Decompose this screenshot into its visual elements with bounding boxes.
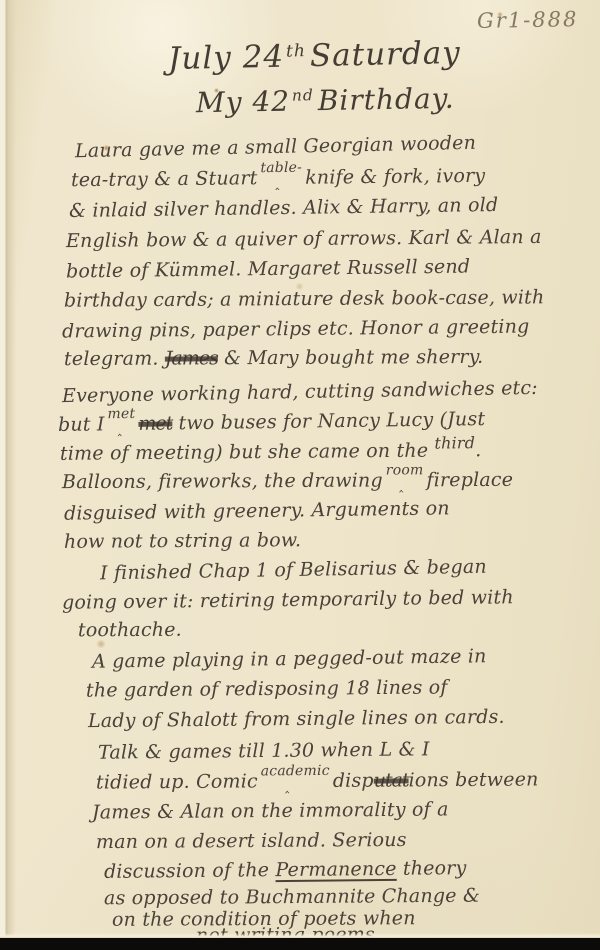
entry-date-heading: July 24thSaturday xyxy=(168,35,461,77)
date-ordinal: th xyxy=(286,41,306,61)
manuscript-line: & inlaid silver handles. Alix & Harry, a… xyxy=(69,194,499,222)
manuscript-line: man on a desert island. Serious xyxy=(96,829,407,853)
text-run: English bow & a quiver of arrows. Karl &… xyxy=(66,226,542,252)
manuscript-line: as opposed to Buchmannite Change & xyxy=(104,885,480,910)
manuscript-line: going over it: retiring temporarily to b… xyxy=(62,586,514,614)
text-run: & Mary bought me sherry. xyxy=(218,346,484,369)
manuscript-page: Gr1-888 July 24thSaturday My 42ndBirthda… xyxy=(0,0,600,938)
text-run: tidied up. Comic xyxy=(96,770,258,793)
text-insert: table- xyxy=(260,160,302,176)
manuscript-line: how not to string a bow. xyxy=(64,529,301,553)
text-insert: met xyxy=(107,406,135,422)
text-run: . xyxy=(475,439,481,461)
text-strike: James xyxy=(165,347,218,369)
text-run: as opposed to Buchmannite Change & xyxy=(104,885,480,910)
text-run: & inlaid silver handles. Alix & Harry, a… xyxy=(69,194,499,222)
text-run: toothache. xyxy=(78,619,182,642)
text-strike: met xyxy=(138,412,172,434)
text-run: I finished Chap 1 of Belisarius & began xyxy=(100,556,487,585)
birthday-ordinal: nd xyxy=(292,86,314,104)
manuscript-line: disguised with greenery. Arguments on xyxy=(64,497,450,524)
text-run: but I xyxy=(58,413,105,436)
manuscript-line: discussion of the Permanence theory xyxy=(104,857,467,883)
text-run: James & Alan on the immorality of a xyxy=(92,798,449,823)
manuscript-line: toothache. xyxy=(78,619,182,642)
manuscript-line: bottle of Kümmel. Margaret Russell send xyxy=(66,256,470,283)
text-insert: academic xyxy=(261,763,330,779)
date-text: July 24 xyxy=(168,39,285,77)
text-run: two buses for Nancy Lucy (Just xyxy=(172,408,485,434)
manuscript-line: tidied up. Comicacademicdisputations bet… xyxy=(96,768,539,793)
manuscript-line: Talk & games till 1.30 when L & I xyxy=(98,738,430,763)
manuscript-line: Lady of Shalott from single lines on car… xyxy=(88,706,505,732)
text-run: man on a desert island. Serious xyxy=(96,829,407,853)
scanner-background-band xyxy=(0,938,600,950)
text-run: Everyone working hard, cutting sandwiche… xyxy=(62,377,538,407)
text-raised: third xyxy=(434,433,475,452)
manuscript-line: the garden of redisposing 18 lines of xyxy=(86,676,448,701)
text-run: the garden of redisposing 18 lines of xyxy=(86,676,448,701)
manuscript-line: time of meeting) but she came on the thi… xyxy=(60,439,482,465)
manuscript-line: I finished Chap 1 of Belisarius & began xyxy=(100,556,487,585)
manuscript-line: James & Alan on the immorality of a xyxy=(92,798,449,823)
manuscript-line: A game playing in a pegged-out maze in xyxy=(92,645,487,673)
manuscript-line: tea-tray & a Stuarttable-knife & fork, i… xyxy=(71,165,485,191)
text-run: Balloons, fireworks, the drawing xyxy=(62,470,383,494)
text-run: Laura gave me a small Georgian wooden xyxy=(75,132,476,162)
text-run: disguised with greenery. Arguments on xyxy=(64,497,450,524)
text-run: going over it: retiring temporarily to b… xyxy=(62,586,514,614)
manuscript-line: but Imetmet two buses for Nancy Lucy (Ju… xyxy=(58,408,485,436)
archive-mark: Gr1-888 xyxy=(476,7,578,33)
text-insert: room xyxy=(386,462,424,478)
weekday-text: Saturday xyxy=(310,35,462,74)
fox-spot xyxy=(96,640,106,648)
birthday-suffix: Birthday. xyxy=(318,82,455,117)
text-run: Talk & games till 1.30 when L & I xyxy=(98,738,430,763)
text-run: time of meeting) but she came on the xyxy=(60,440,435,465)
text-run: discussion of the xyxy=(104,859,276,883)
text-run: tea-tray & a Stuart xyxy=(71,167,258,191)
text-run: disp xyxy=(333,770,374,792)
manuscript-line: drawing pins, paper clips etc. Honor a g… xyxy=(62,316,530,343)
text-run: knife & fork, ivory xyxy=(305,165,485,189)
manuscript-line: English bow & a quiver of arrows. Karl &… xyxy=(66,226,542,252)
birthday-heading: My 42ndBirthday. xyxy=(196,82,455,120)
text-run: theory xyxy=(397,857,467,880)
manuscript-line: birthday cards; a miniature desk book-ca… xyxy=(64,286,545,311)
text-underline: Permanence xyxy=(275,858,396,881)
text-strike: utat xyxy=(374,769,409,791)
text-run: A game playing in a pegged-out maze in xyxy=(92,645,487,673)
manuscript-line: Laura gave me a small Georgian wooden xyxy=(75,132,476,162)
text-run: how not to string a bow. xyxy=(64,529,301,553)
manuscript-line: Balloons, fireworks, the drawingroomfire… xyxy=(62,469,513,493)
text-run: Lady of Shalott from single lines on car… xyxy=(88,706,505,732)
birthday-text: My 42 xyxy=(196,85,291,120)
text-run: birthday cards; a miniature desk book-ca… xyxy=(64,286,545,311)
manuscript-line: Everyone working hard, cutting sandwiche… xyxy=(62,377,538,407)
text-run: ions between xyxy=(408,768,538,791)
text-run: bottle of Kümmel. Margaret Russell send xyxy=(66,256,470,283)
text-run: fireplace xyxy=(426,469,513,491)
text-run: telegram. xyxy=(64,348,165,371)
text-run: drawing pins, paper clips etc. Honor a g… xyxy=(62,316,530,343)
manuscript-line: telegram. James & Mary bought me sherry. xyxy=(64,346,483,370)
